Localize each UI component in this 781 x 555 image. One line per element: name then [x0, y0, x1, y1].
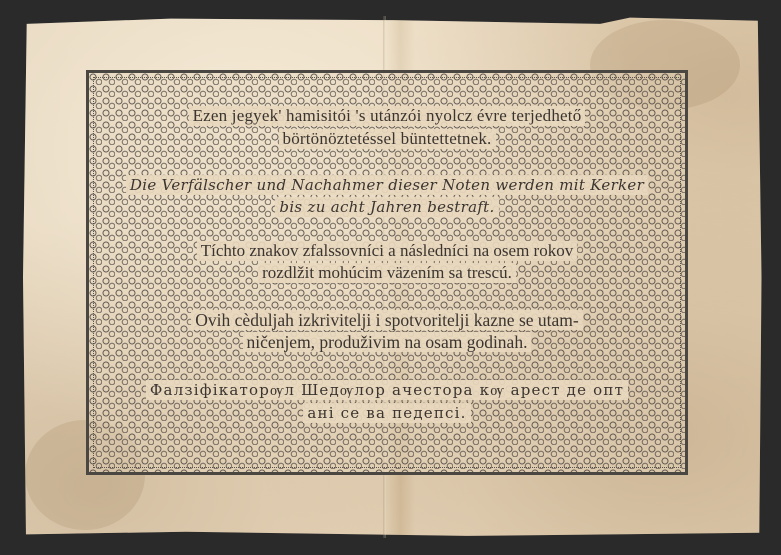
warning-romanian-line1: Фалзіфікаторѹл Шедѹлор ачестора кѹ арест… — [89, 380, 685, 400]
warning-slovak-line2: rozdlžit mohúcim väzením sa trescú. — [89, 263, 685, 283]
warning-german-line2: bis zu acht Jahren bestraft. — [89, 197, 685, 217]
ornamental-border-frame: Ezen jegyek' hamisitói 's utánzói nyolcz… — [86, 70, 688, 475]
warning-hungarian-line2: börtönöztetéssel büntettetnek. — [89, 129, 685, 149]
warning-croatian-line1: Ovih cèduljah izkrivitelji i spotvoritel… — [89, 310, 685, 330]
warning-slovak-line1: Tíchto znakov zfalssovníci a následníci … — [89, 241, 685, 261]
warning-romanian-line2: ані се ва педепсі. — [89, 403, 685, 423]
warning-german-line1: Die Verfälscher und Nachahmer dieser Not… — [89, 175, 685, 195]
warning-hungarian-line1: Ezen jegyek' hamisitói 's utánzói nyolcz… — [89, 106, 685, 126]
warning-croatian-line2: ničenjem, produživim na osam godinah. — [89, 332, 685, 352]
